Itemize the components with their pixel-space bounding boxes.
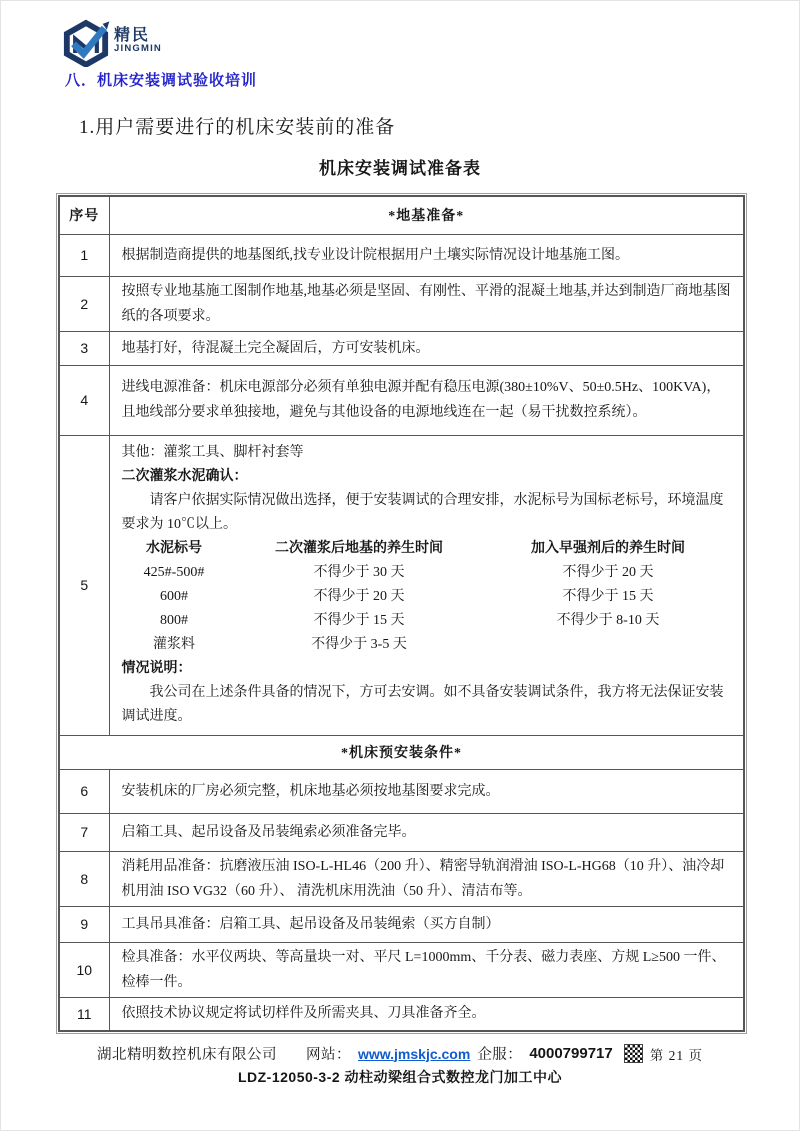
curing-time-accelerated: 不得少于 8-10 天 (492, 609, 725, 633)
table-row: 8 消耗用品准备：抗磨液压油 ISO-L-HL46（200 升）、精密导轨润滑油… (59, 851, 744, 906)
preparation-table: 序号 *地基准备* 1 根据制造商提供的地基图纸,找专业设计院根据用户土壤实际情… (58, 195, 745, 1032)
grouting-other-line: 其他：灌浆工具、脚杆衬套等 (122, 441, 732, 465)
row-text: 按照专业地基施工图制作地基,地基必须是坚固、有刚性、平滑的混凝土地基,并达到制造… (109, 276, 744, 331)
curing-time: 不得少于 20 天 (227, 585, 492, 609)
table-row: 10 检具准备：水平仪两块、等高量块一对、平尺 L=1000mm、千分表、磁力表… (59, 942, 744, 997)
cement-grade: 800# (122, 609, 227, 633)
row-number: 7 (59, 813, 109, 851)
row-number: 8 (59, 851, 109, 906)
row-text: 根据制造商提供的地基图纸,找专业设计院根据用户土壤实际情况设计地基施工图。 (109, 234, 744, 276)
cement-col-header: 水泥标号 (122, 537, 227, 561)
footer-product-line: LDZ-12050-3-2 动柱动梁组合式数控龙门加工中心 (1, 1067, 799, 1087)
row-number: 1 (59, 234, 109, 276)
footer-line-1: 湖北精明数控机床有限公司 网站： www.jmskjc.com 企服： 4000… (1, 1043, 799, 1064)
company-logo: 精民 JINGMIN (61, 19, 162, 67)
cement-col-header: 加入早强剂后的养生时间 (492, 537, 725, 561)
page-footer: 湖北精明数控机床有限公司 网站： www.jmskjc.com 企服： 4000… (1, 1043, 799, 1087)
row-number: 11 (59, 997, 109, 1031)
table-row-grouting: 5 其他：灌浆工具、脚杆衬套等 二次灌浆水泥确认： 请客户依据实际情况做出选择，… (59, 435, 744, 735)
row-text: 工具吊具准备：启箱工具、起吊设备及吊装绳索（买方自制） (109, 906, 744, 942)
cement-col-header: 二次灌浆后地基的养生时间 (227, 537, 492, 561)
cement-confirm-text: 请客户依据实际情况做出选择，便于安装调试的合理安排，水泥标号为国标老标号，环境温… (122, 489, 732, 537)
table-row: 6 安装机床的厂房必须完整，机床地基必须按地基图要求完成。 (59, 769, 744, 813)
sub-heading: 1.用户需要进行的机床安装前的准备 (79, 112, 395, 139)
cement-curing-table: 水泥标号 二次灌浆后地基的养生时间 加入早强剂后的养生时间 425#-500# … (122, 537, 732, 657)
curing-time: 不得少于 3-5 天 (227, 633, 492, 657)
table-row: 7 启箱工具、起吊设备及吊装绳索必须准备完毕。 (59, 813, 744, 851)
cement-grade: 425#-500# (122, 561, 227, 585)
row-text: 消耗用品准备：抗磨液压油 ISO-L-HL46（200 升）、精密导轨润滑油 I… (109, 851, 744, 906)
logo-brand-cn: 精民 (114, 28, 162, 43)
qr-code-icon (624, 1044, 643, 1063)
service-label: 企服： (477, 1043, 522, 1064)
row-number: 4 (59, 365, 109, 435)
row-number: 2 (59, 276, 109, 331)
row-number: 9 (59, 906, 109, 942)
table-header-row: 序号 *地基准备* (59, 196, 744, 234)
situation-note-title: 情况说明： (122, 657, 732, 681)
curing-time-accelerated (492, 633, 725, 657)
cement-grade: 灌浆料 (122, 633, 227, 657)
preinstall-section-row: *机床预安装条件* (59, 735, 744, 769)
logo-text: 精民 JINGMIN (114, 28, 162, 54)
curing-time: 不得少于 30 天 (227, 561, 492, 585)
company-name: 湖北精明数控机床有限公司 (97, 1043, 277, 1064)
website-link[interactable]: www.jmskjc.com (358, 1046, 470, 1062)
table-row: 4 进线电源准备：机床电源部分必须有单独电源并配有稳压电源(380±10%V、5… (59, 365, 744, 435)
curing-time: 不得少于 15 天 (227, 609, 492, 633)
cement-confirm-title: 二次灌浆水泥确认： (122, 465, 732, 489)
table-row: 3 地基打好，待混凝土完全凝固后，方可安装机床。 (59, 331, 744, 365)
page-number: 第 21 页 (650, 1044, 703, 1064)
section-heading: 八．机床安装调试验收培训 (65, 69, 257, 90)
foundation-section-header: *地基准备* (109, 196, 744, 234)
row-text: 依照技术协议规定将试切样件及所需夹具、刀具准备齐全。 (109, 997, 744, 1031)
logo-brand-en: JINGMIN (114, 43, 162, 54)
logo-hexagon-icon (61, 19, 111, 67)
table-row: 1 根据制造商提供的地基图纸,找专业设计院根据用户土壤实际情况设计地基施工图。 (59, 234, 744, 276)
website-label: 网站： (306, 1043, 351, 1064)
curing-time-accelerated: 不得少于 15 天 (492, 585, 725, 609)
curing-time-accelerated: 不得少于 20 天 (492, 561, 725, 585)
table-title: 机床安装调试准备表 (1, 154, 799, 179)
row-number: 6 (59, 769, 109, 813)
row-text: 安装机床的厂房必须完整，机床地基必须按地基图要求完成。 (109, 769, 744, 813)
row-text: 进线电源准备：机床电源部分必须有单独电源并配有稳压电源(380±10%V、50±… (109, 365, 744, 435)
grouting-cell: 其他：灌浆工具、脚杆衬套等 二次灌浆水泥确认： 请客户依据实际情况做出选择，便于… (109, 435, 744, 735)
service-phone: 4000799717 (529, 1045, 612, 1062)
seq-column-header: 序号 (59, 196, 109, 234)
row-number: 10 (59, 942, 109, 997)
row-number: 3 (59, 331, 109, 365)
table-row: 11 依照技术协议规定将试切样件及所需夹具、刀具准备齐全。 (59, 997, 744, 1031)
cement-grade: 600# (122, 585, 227, 609)
row-text: 检具准备：水平仪两块、等高量块一对、平尺 L=1000mm、千分表、磁力表座、方… (109, 942, 744, 997)
table-row: 9 工具吊具准备：启箱工具、起吊设备及吊装绳索（买方自制） (59, 906, 744, 942)
row-number: 5 (59, 435, 109, 735)
preinstall-section-header: *机床预安装条件* (59, 735, 744, 769)
situation-note-text: 我公司在上述条件具备的情况下，方可去安调。如不具备安装调试条件，我方将无法保证安… (122, 681, 732, 729)
document-page: 精民 JINGMIN 八．机床安装调试验收培训 1.用户需要进行的机床安装前的准… (0, 0, 800, 1131)
row-text: 启箱工具、起吊设备及吊装绳索必须准备完毕。 (109, 813, 744, 851)
table-row: 2 按照专业地基施工图制作地基,地基必须是坚固、有刚性、平滑的混凝土地基,并达到… (59, 276, 744, 331)
row-text: 地基打好，待混凝土完全凝固后，方可安装机床。 (109, 331, 744, 365)
